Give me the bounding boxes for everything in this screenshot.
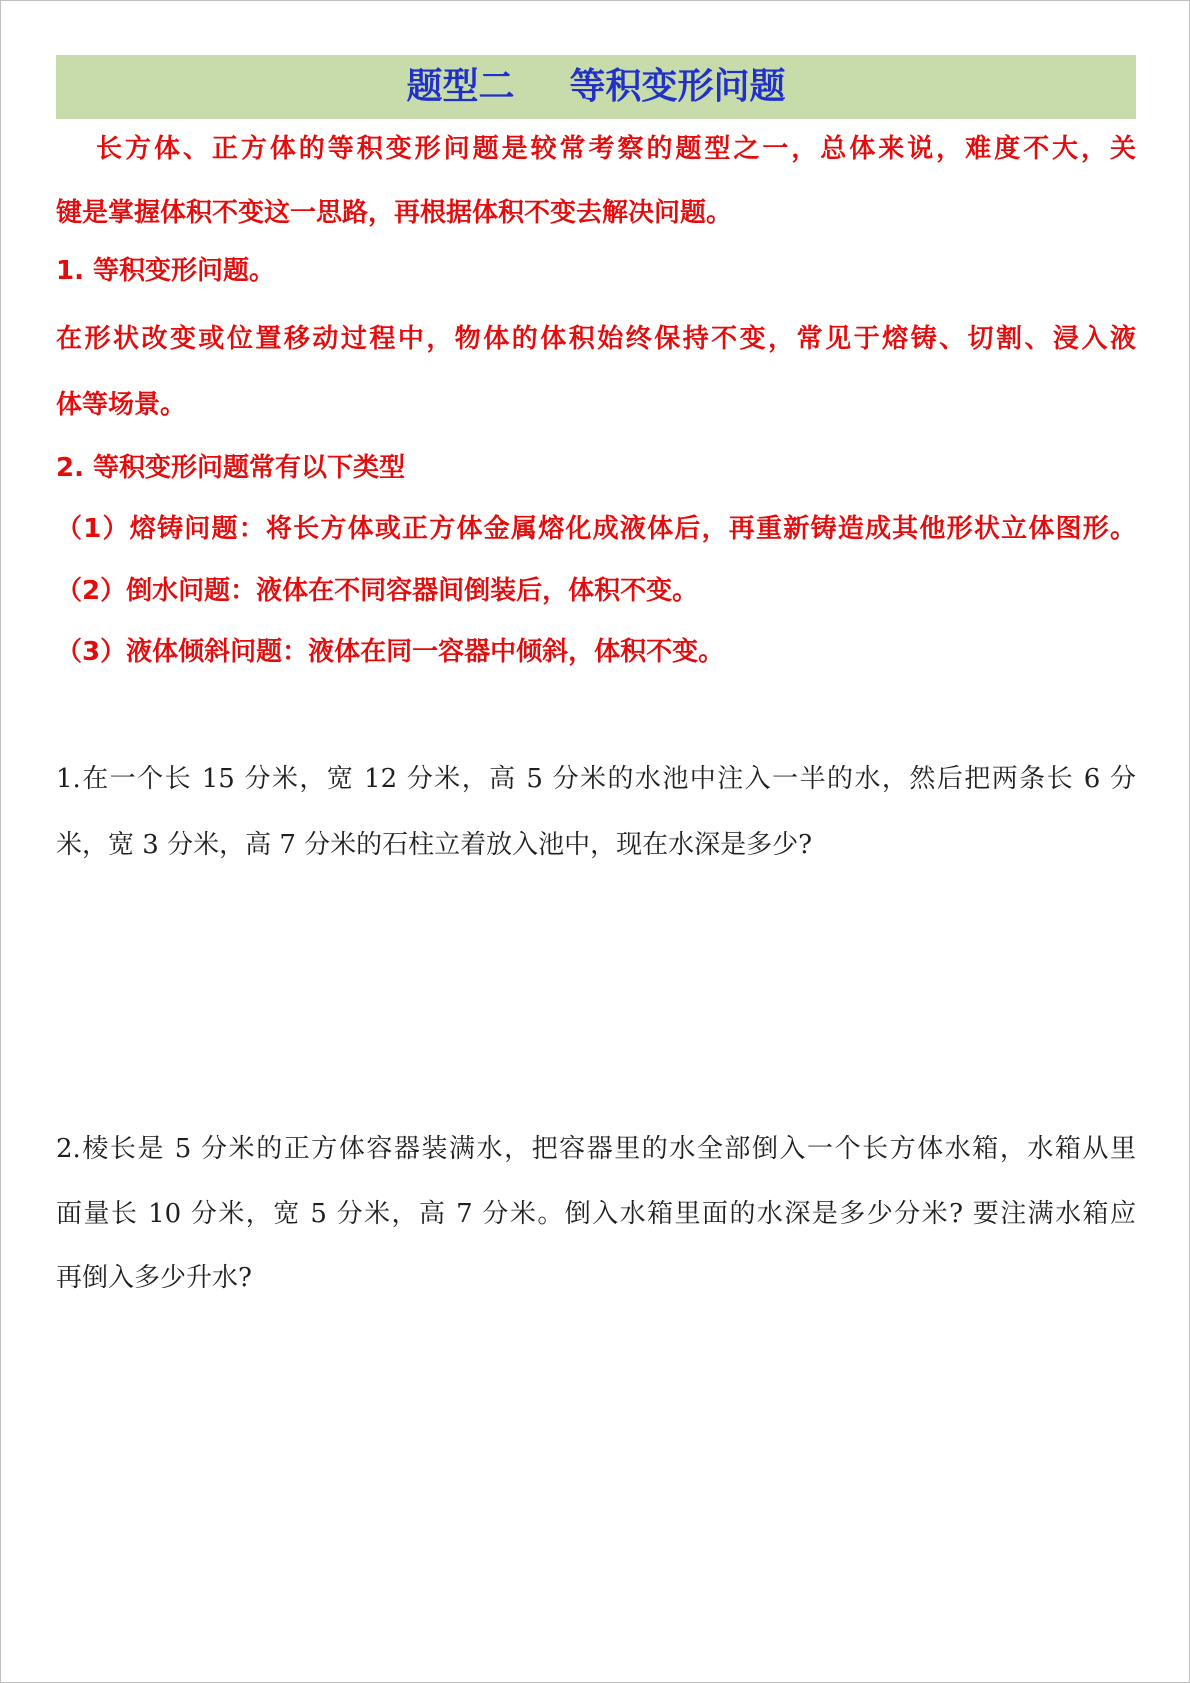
page-title-part-1: 题型二	[406, 66, 514, 107]
type-item-2-pouring: （2）倒水问题：液体在不同容器间倒装后，体积不变。	[56, 569, 1136, 613]
type-item-1-melting: （1）熔铸问题：将长方体或正方体金属熔化成液体后，再重新铸造成其他形状立体图形。	[56, 507, 1136, 551]
problem-1-line-2: 米，宽 3 分米，高 7 分米的石柱立着放入池中，现在水深是多少?	[56, 823, 1136, 867]
problem-1-line-1: 1.在一个长 15 分米，宽 12 分米，高 5 分米的水池中注入一半的水，然后…	[56, 757, 1136, 801]
section-2-heading: 2. 等积变形问题常有以下类型	[56, 446, 1136, 490]
page-title-part-2: 等积变形问题	[570, 66, 786, 107]
type-item-3-tilting: （3）液体倾斜问题：液体在同一容器中倾斜，体积不变。	[56, 630, 1136, 674]
intro-line-1: 长方体、正方体的等积变形问题是较常考察的题型之一，总体来说，难度不大，关	[56, 127, 1136, 171]
problem-2-line-1: 2.棱长是 5 分米的正方体容器装满水，把容器里的水全部倒入一个长方体水箱，水箱…	[56, 1127, 1136, 1171]
section-title-banner: 题型二等积变形问题	[56, 55, 1136, 119]
worksheet-page: 题型二等积变形问题 长方体、正方体的等积变形问题是较常考察的题型之一，总体来说，…	[0, 0, 1190, 1683]
section-1-body-line-1: 在形状改变或位置移动过程中，物体的体积始终保持不变，常见于熔铸、切割、浸入液	[56, 317, 1136, 361]
problem-2-line-2: 面量长 10 分米，宽 5 分米，高 7 分米。倒入水箱里面的水深是多少分米? …	[56, 1192, 1136, 1236]
problem-2-line-3: 再倒入多少升水?	[56, 1256, 1136, 1300]
intro-line-2: 键是掌握体积不变这一思路，再根据体积不变去解决问题。	[56, 191, 1136, 235]
section-1-heading: 1. 等积变形问题。	[56, 249, 1136, 293]
section-1-body-line-2: 体等场景。	[56, 383, 1136, 427]
